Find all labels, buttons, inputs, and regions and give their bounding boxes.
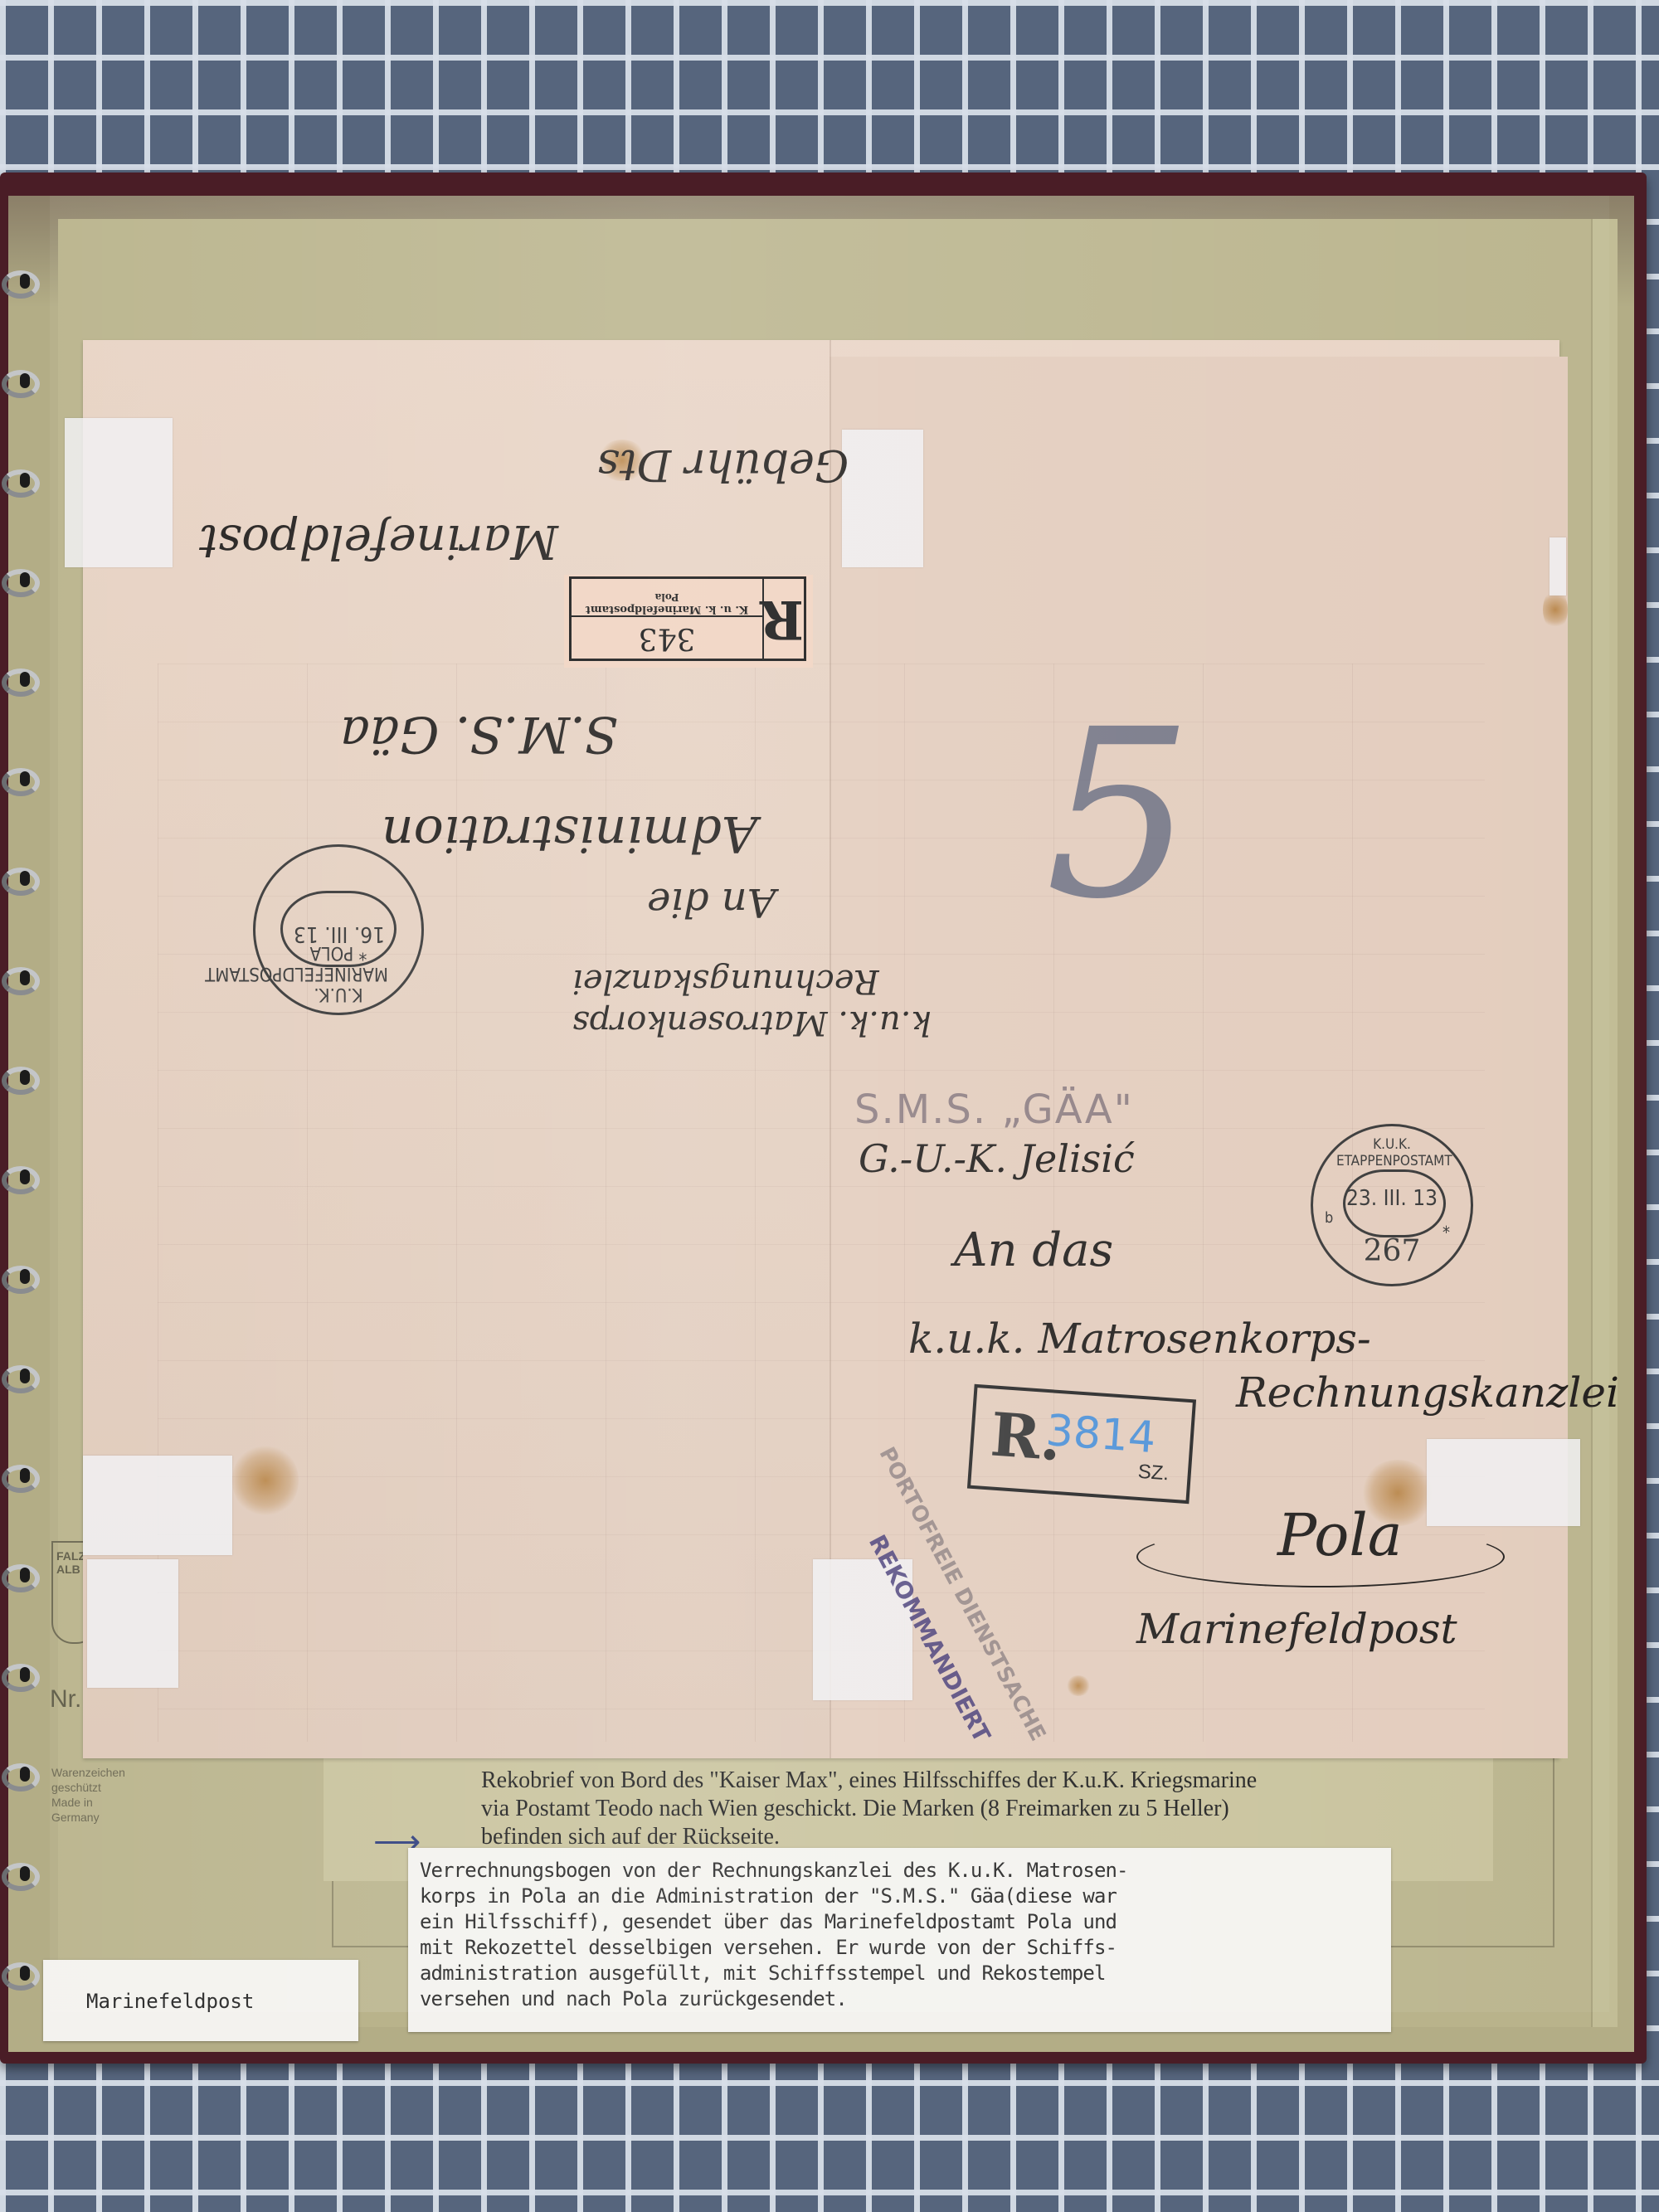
ring-icon xyxy=(0,562,36,596)
description-note: Verrechnungsbogen von der Rechnungskanzl… xyxy=(408,1848,1391,2032)
registration-letter: R xyxy=(762,579,804,659)
ring-icon xyxy=(0,463,36,496)
postmark-number: 267 xyxy=(1363,1234,1421,1268)
postmark-marinefeldpostamt-pola: K.U.K. MARINEFELDPOSTAMT * POLA 16. III.… xyxy=(253,844,424,1015)
ring-icon xyxy=(0,363,36,396)
ring-icon xyxy=(0,1856,36,1889)
pencil-mark: 5 xyxy=(1045,680,1193,950)
handwriting-address: k.u.k. Matrosenkorps- xyxy=(908,1315,1371,1363)
album-maker-note: Warenzeichen geschützt Made in Germany xyxy=(51,1765,125,1825)
ring-icon xyxy=(0,662,36,695)
postmark-letter: b xyxy=(1325,1209,1333,1227)
handwriting-service: Marinefeldpost xyxy=(1136,1605,1457,1653)
postmark-ring-text: K.U.K. MARINEFELDPOSTAMT * POLA xyxy=(289,942,388,1004)
handwriting-upside-down: S.M.S. Gäa xyxy=(340,705,618,763)
ring-icon xyxy=(0,1657,36,1690)
description-text: Verrechnungsbogen von der Rechnungskanzl… xyxy=(408,1848,1391,2012)
hinge-tape xyxy=(65,418,173,567)
handwriting-upside-down: An die xyxy=(647,879,776,926)
caption-line: via Postamt Teodo nach Wien geschickt. D… xyxy=(481,1796,1229,1821)
title-label: Marinefeldpost xyxy=(43,1960,358,2041)
registration-number-blue: 3814 xyxy=(1044,1406,1157,1463)
ring-icon xyxy=(0,960,36,994)
maker-note-line: geschützt xyxy=(51,1780,125,1795)
hinge-tape xyxy=(1427,1439,1580,1526)
ring-icon xyxy=(0,1956,36,1989)
caption-line: befinden sich auf der Rückseite. xyxy=(481,1824,780,1850)
logo-text-line: FALZ xyxy=(56,1549,85,1563)
asterisk-icon: * xyxy=(1443,1223,1450,1242)
hinge-tape xyxy=(83,1456,232,1555)
ring-icon xyxy=(0,761,36,795)
hinge-tape xyxy=(842,430,923,567)
ring-icon xyxy=(0,1060,36,1093)
maker-note-line: Germany xyxy=(51,1810,125,1825)
stain xyxy=(1066,1675,1091,1696)
hinge-tape xyxy=(1550,537,1566,596)
ring-icon xyxy=(0,1359,36,1392)
handwriting-upside-down: Administration xyxy=(382,805,757,863)
handwriting-upside-down: Marinefeldpost xyxy=(199,514,558,568)
maker-note-line: Warenzeichen xyxy=(51,1765,125,1780)
title-label-text: Marinefeldpost xyxy=(86,1990,254,2013)
registration-box-stamp: R. 3814 SZ. xyxy=(967,1384,1196,1504)
office-town: Pola xyxy=(572,591,762,603)
office-name: K. u. k. Marinefeldpostamt xyxy=(586,603,748,615)
postmark-date: 23. III. 13 xyxy=(1346,1186,1438,1211)
registration-suffix: SZ. xyxy=(1137,1461,1170,1486)
handwriting-upside-down: k.u.k. Matrosenkorps xyxy=(572,1004,932,1042)
handwriting-upside-down: Rechnungskanzlei xyxy=(572,962,879,1000)
ring-icon xyxy=(0,1159,36,1193)
registration-label-frame: R 343 K. u. k. Marinefeldpostamt Pola xyxy=(569,576,806,661)
maker-note-line: Made in xyxy=(51,1795,125,1810)
handwriting-upside-down: Gebühr Dts xyxy=(597,440,849,489)
handwriting-address: Rechnungskanzlei xyxy=(1236,1369,1619,1417)
ring-icon xyxy=(0,264,36,297)
caption-line: Rekobrief von Bord des "Kaiser Max", ein… xyxy=(481,1767,1257,1793)
ship-stamp: S.M.S. „GÄA" xyxy=(854,1087,1134,1133)
postmark-ring-text: K.U.K. ETAPPENPOSTAMT xyxy=(1336,1136,1447,1169)
registration-office: K. u. k. Marinefeldpostamt Pola xyxy=(572,591,762,615)
hinge-tape xyxy=(87,1559,178,1688)
registration-number: 343 xyxy=(572,615,762,659)
postmark-date: 16. III. 13 xyxy=(294,921,385,946)
flourish xyxy=(1136,1526,1505,1587)
postmark-etappenpostamt: K.U.K. ETAPPENPOSTAMT 23. III. 13 b 267 … xyxy=(1311,1124,1473,1286)
ring-icon xyxy=(0,861,36,894)
ring-icon xyxy=(0,1757,36,1790)
handwriting-address: An das xyxy=(954,1223,1113,1277)
stain xyxy=(232,1443,299,1518)
page-edge xyxy=(1591,219,1618,2027)
logo-text-line: ALB xyxy=(56,1563,80,1576)
ring-icon xyxy=(0,1558,36,1591)
registration-label-upside-down: R 343 K. u. k. Marinefeldpostamt Pola xyxy=(564,575,813,668)
ring-icon xyxy=(0,1259,36,1292)
handwriting-sender: G.-U.-K. Jelisić xyxy=(859,1136,1135,1181)
ring-icon xyxy=(0,1458,36,1491)
